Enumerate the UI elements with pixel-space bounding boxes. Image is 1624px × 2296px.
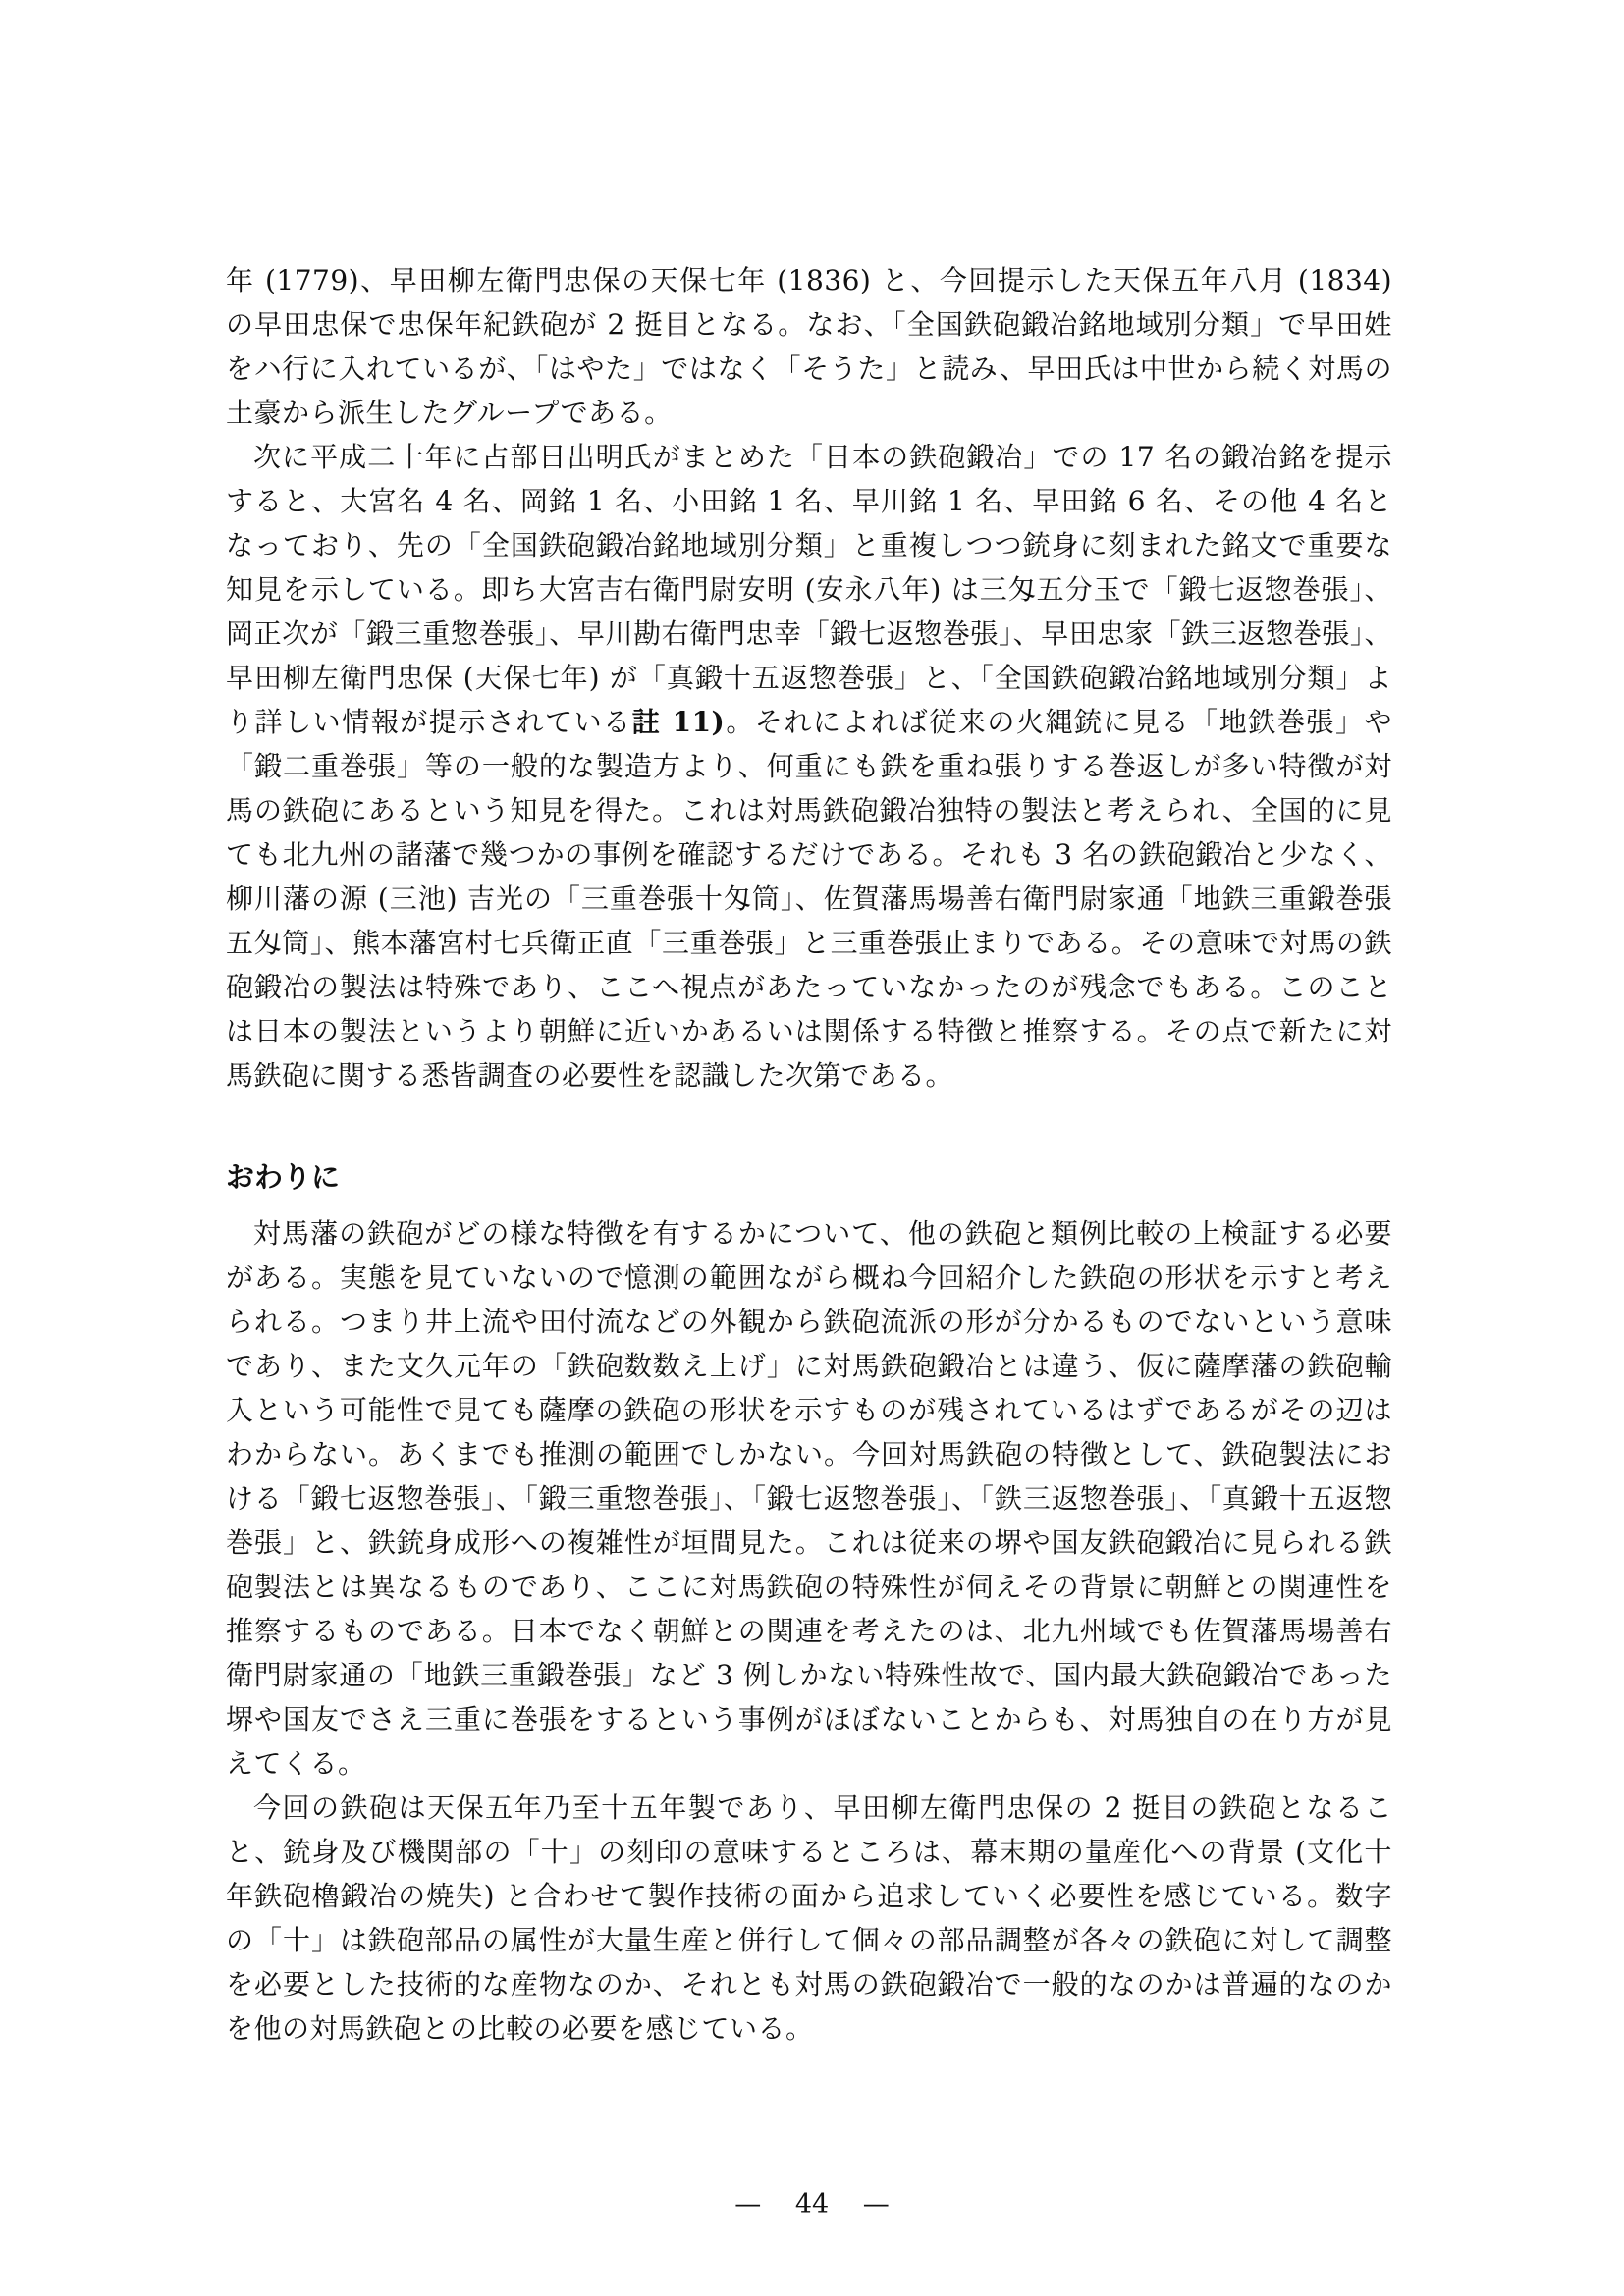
- document-page: 年 (1779)、早田柳左衛門忠保の天保七年 (1836) と、今回提示した天保…: [0, 0, 1624, 2296]
- page-footer: — 44 —: [0, 2187, 1624, 2222]
- paragraph: 今回の鉄砲は天保五年乃至十五年製であり、早田柳左衛門忠保の 2 挺目の鉄砲となる…: [226, 1786, 1392, 2051]
- paragraph: 対馬藩の鉄砲がどの様な特徴を有するかについて、他の鉄砲と類例比較の上検証する必要…: [226, 1211, 1392, 1786]
- paragraph: 年 (1779)、早田柳左衛門忠保の天保七年 (1836) と、今回提示した天保…: [226, 258, 1392, 435]
- text-run: 対馬藩の鉄砲がどの様な特徴を有するかについて、他の鉄砲と類例比較の上検証する必要…: [226, 1217, 1392, 1780]
- section-heading: おわりに: [226, 1155, 1392, 1200]
- document-body: 年 (1779)、早田柳左衛門忠保の天保七年 (1836) と、今回提示した天保…: [226, 258, 1392, 2051]
- text-run: 次に平成二十年に占部日出明氏がまとめた「日本の鉄砲鍛冶」での 17 名の鍛冶銘を…: [226, 441, 1392, 738]
- footer-dash-left: —: [734, 2187, 761, 2222]
- text-run: 年 (1779)、早田柳左衛門忠保の天保七年 (1836) と、今回提示した天保…: [226, 264, 1392, 429]
- footer-dash-right: —: [863, 2187, 890, 2222]
- text-run: 。それによれば従来の火縄銃に見る「地鉄巻張」や「鍛二重巻張」等の一般的な製造方よ…: [226, 706, 1392, 1092]
- paragraph: 次に平成二十年に占部日出明氏がまとめた「日本の鉄砲鍛冶」での 17 名の鍛冶銘を…: [226, 435, 1392, 1097]
- text-run: 今回の鉄砲は天保五年乃至十五年製であり、早田柳左衛門忠保の 2 挺目の鉄砲となる…: [226, 1791, 1392, 2045]
- footnote-reference: 註 11): [632, 706, 726, 738]
- page-number: 44: [795, 2187, 829, 2222]
